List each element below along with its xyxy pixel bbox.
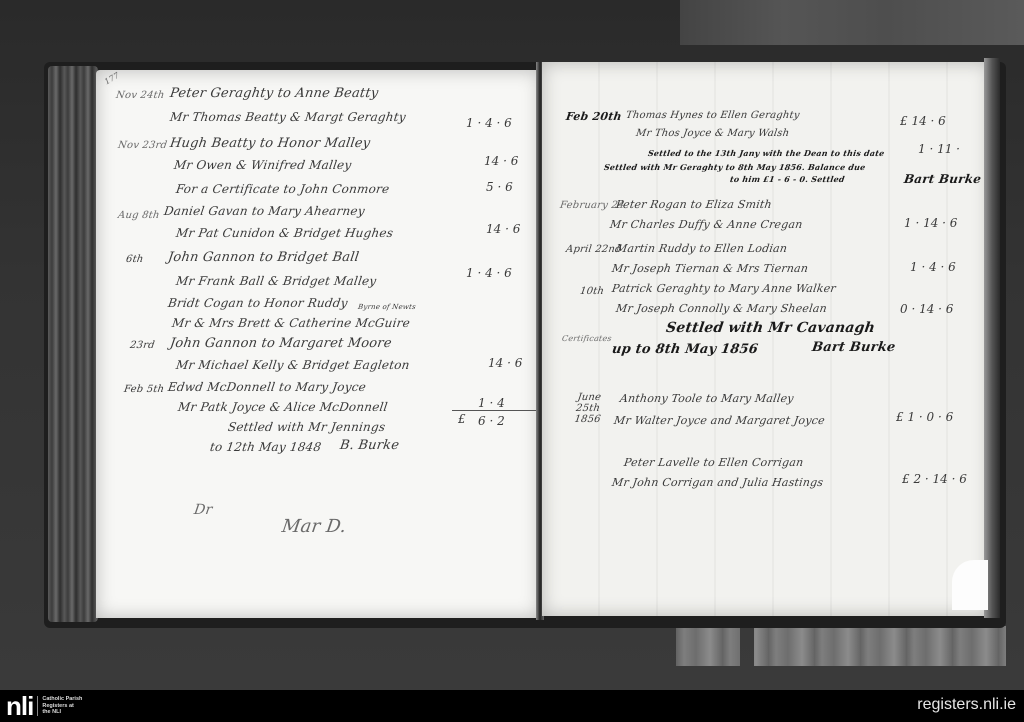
entry-date: Aug 8th [117, 210, 160, 221]
total-amount: 6 · 2 [478, 414, 505, 428]
logo-text-line: Registers at [42, 703, 74, 709]
entry-witnesses: Mr Pat Cunidon & Bridget Hughes [175, 226, 394, 240]
entry-text: Peter Lavelle to Ellen Corrigan [623, 456, 804, 469]
entry-text: Bridt Cogan to Honor Ruddy [167, 296, 349, 310]
entry-text: Thomas Hynes to Ellen Geraghty [625, 110, 800, 121]
nli-logo-mark: nli [6, 695, 33, 717]
entry-witnesses: Mr Walter Joyce and Margaret Joyce [613, 414, 826, 427]
settlement-margin: Certificates [561, 334, 612, 343]
entry-date: Nov 24th [115, 90, 165, 101]
entry-witnesses: Mr Charles Duffy & Anne Cregan [609, 218, 803, 231]
book-spine-pages [48, 66, 98, 622]
entry-witnesses: Mr John Corrigan and Julia Hastings [611, 476, 824, 489]
entry-amount: 14 · 6 [484, 154, 518, 168]
entry-date: Feb 5th [123, 384, 165, 395]
entry-witnesses: Mr Michael Kelly & Bridget Eagleton [175, 358, 411, 372]
entry-amount: 1 · 4 · 6 [910, 260, 956, 274]
logo-text-line: the NLI [42, 709, 61, 715]
settlement-note: to him £1 - 6 - 0. Settled [729, 174, 845, 184]
entry-date: Nov 23rd [117, 140, 168, 151]
margin-note: Mar D. [281, 516, 348, 537]
entry-amount: 1 · 11 · [918, 142, 960, 156]
entry-text: For a Certificate to John Conmore [175, 182, 390, 196]
book-edge-right [984, 58, 1000, 618]
sum-rule [452, 410, 536, 411]
entry-text: Patrick Geraghty to Mary Anne Walker [611, 282, 837, 295]
register-scan-image: 177 Nov 24th Peter Geraghty to Anne Beat… [0, 0, 1024, 690]
entry-amount: 14 · 6 [486, 222, 520, 236]
logo-text: Catholic Parish Registers at the NLI [42, 696, 82, 716]
settlement-line-2: to 12th May 1848 [209, 440, 322, 454]
torn-page-corner [952, 560, 988, 610]
entry-date: June 25th 1856 [574, 392, 611, 425]
entry-witnesses: Mr Thos Joyce & Mary Walsh [635, 128, 790, 139]
entry-date: Feb 20th [565, 110, 623, 123]
entry-amount: 5 · 6 [486, 180, 513, 194]
settlement-signature: B. Burke [339, 438, 400, 453]
total-currency: £ [458, 412, 466, 426]
entry-witnesses: Mr Frank Ball & Bridget Malley [175, 274, 377, 288]
entry-amount: 1 · 14 · 6 [904, 216, 957, 230]
entry-text: Edwd McDonnell to Mary Joyce [167, 380, 367, 394]
entry-text: John Gannon to Bridget Ball [167, 250, 360, 265]
entry-text: Hugh Beatty to Honor Malley [169, 136, 371, 151]
entry-amount: 1 · 4 · 6 [466, 116, 512, 130]
settlement-line-1: Settled with Mr Jennings [227, 420, 386, 434]
site-link[interactable]: registers.nli.ie [917, 696, 1016, 714]
logo-text-line: Catholic Parish [42, 696, 82, 702]
entry-amount: £ 1 · 0 · 6 [896, 410, 953, 424]
entry-amount: 1 · 4 [478, 396, 505, 410]
entry-witnesses: Mr Patk Joyce & Alice McDonnell [177, 400, 389, 414]
entry-witnesses: Mr Joseph Tiernan & Mrs Tiernan [611, 262, 809, 275]
settlement-line-2: up to 8th May 1856 [611, 342, 759, 357]
settlement-signature: Bart Burke [811, 340, 896, 355]
entry-text: John Gannon to Margaret Moore [169, 336, 393, 351]
entry-witnesses: Mr & Mrs Brett & Catherine McGuire [171, 316, 411, 330]
entry-date: 10th [579, 286, 605, 297]
entry-witnesses: Mr Owen & Winifred Malley [173, 158, 352, 172]
entry-text: Daniel Gavan to Mary Ahearney [163, 204, 366, 218]
entry-text: Anthony Toole to Mary Malley [619, 392, 795, 405]
footer-bar: nli Catholic Parish Registers at the NLI… [0, 690, 1024, 722]
entry-witnesses: Mr Joseph Connolly & Mary Sheelan [615, 302, 828, 315]
entry-date: 6th [125, 254, 144, 265]
interlinear-note: Byrne of Newts [357, 303, 416, 311]
background-table-top [680, 0, 1024, 45]
entry-date: 23rd [129, 340, 155, 351]
margin-note: Dr [193, 502, 214, 518]
settlement-signature: Bart Burke [903, 172, 982, 186]
entry-text: Peter Rogan to Eliza Smith [615, 198, 773, 211]
entry-text: Martin Ruddy to Ellen Lodian [615, 242, 788, 255]
background-table-bottom [676, 626, 1006, 666]
settlement-line-1: Settled with Mr Cavanagh [665, 320, 876, 336]
entry-witnesses: Mr Thomas Beatty & Margt Geraghty [169, 110, 407, 124]
entry-text: Peter Geraghty to Anne Beatty [169, 86, 379, 101]
entry-amount: 0 · 14 · 6 [900, 302, 953, 316]
nli-logo[interactable]: nli Catholic Parish Registers at the NLI [6, 695, 82, 717]
entry-amount: 14 · 6 [488, 356, 522, 370]
settlement-note: Settled with Mr Geraghty to 8th May 1856… [603, 162, 866, 172]
entry-amount: 1 · 4 · 6 [466, 266, 512, 280]
entry-amount: £ 14 · 6 [900, 114, 946, 128]
settlement-note: Settled to the 13th Jany with the Dean t… [647, 148, 885, 158]
entry-amount: £ 2 · 14 · 6 [902, 472, 967, 486]
entry-date: April 22nd [565, 244, 622, 255]
logo-divider [37, 696, 38, 716]
